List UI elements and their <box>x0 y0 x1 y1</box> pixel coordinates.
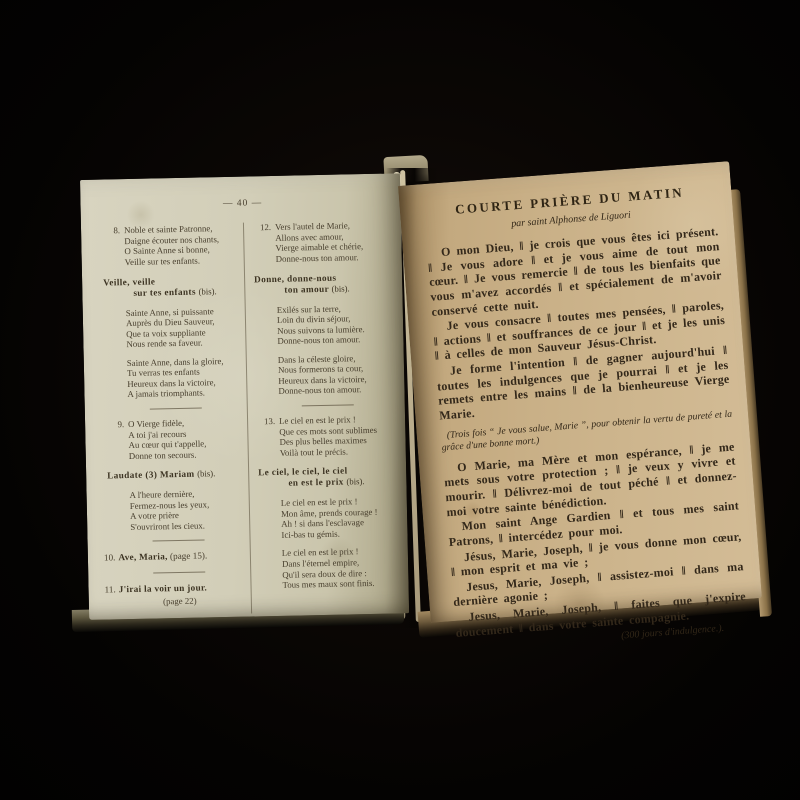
stanza: Exilés sur la terre, Loin du divin séjou… <box>258 302 394 347</box>
verse-line: A jamais triomphants. <box>127 387 242 400</box>
page-number: — 40 — <box>92 195 392 213</box>
refrain: Donne, donne-nous ton amour (bis). <box>254 271 392 296</box>
stanza-number: 12. <box>256 222 272 264</box>
verse-line: Donne ton secours. <box>129 449 207 461</box>
hymn-index-item-11: 11.J'irai la voir un jour. <box>104 582 246 596</box>
left-page: — 40 — 8. Noble et sainte Patronne, Daig… <box>80 173 409 620</box>
bis-mark: (bis). <box>331 283 349 293</box>
verse-line: Tous mes maux sont finis. <box>282 578 398 591</box>
verse-line: Donne-nous ton amour. <box>277 334 393 347</box>
bis-mark: (bis). <box>346 476 364 486</box>
verse-line: Donne-nous ton amour. <box>278 384 394 397</box>
right-column: 12. Vers l'autel de Marie, Allons avec a… <box>243 220 401 614</box>
item-number: 10. <box>104 553 116 563</box>
stanza: Sainte Anne, dans la gloire, Tu verras t… <box>108 355 243 400</box>
page-reference: (page 22) <box>113 595 247 608</box>
two-column-layout: 8. Noble et sainte Patronne, Daigne écou… <box>93 220 401 617</box>
verse-line: Nous rende sa faveur. <box>126 337 241 350</box>
bis-mark: (bis). <box>198 286 216 296</box>
stanza: Le ciel en est le prix ! Mon âme, prends… <box>262 496 398 541</box>
right-page-content: COURTE PRIÈRE DU MATIN par saint Alphons… <box>398 161 762 623</box>
verse-line: Donne-nous ton amour. <box>276 252 364 264</box>
stanza: A l'heure dernière, Fermez-nous les yeux… <box>111 488 246 533</box>
verse-line: Veille sur tes enfants. <box>125 255 220 268</box>
hymn-title: Ave, Maria, <box>118 552 168 563</box>
left-page-content: — 40 — 8. Noble et sainte Patronne, Daig… <box>80 173 409 620</box>
divider <box>153 572 205 574</box>
stanza-8: 8. Noble et sainte Patronne, Daigne écou… <box>105 223 240 268</box>
stanza-12: 12. Vers l'autel de Marie, Allons avec a… <box>256 220 392 265</box>
divider <box>153 540 205 542</box>
stanza-13: 13. Le ciel en est le prix ! Que ces mot… <box>260 413 396 458</box>
stanza: Dans la céleste gloire, Nous formerons t… <box>259 352 395 397</box>
hymn-title: J'irai la voir un jour. <box>119 583 208 595</box>
left-column: 8. Noble et sainte Patronne, Daigne écou… <box>93 223 251 617</box>
right-page: COURTE PRIÈRE DU MATIN par saint Alphons… <box>398 161 762 623</box>
page-reference: (page 15). <box>170 551 207 562</box>
refrain: Veille, veille sur tes enfants (bis). <box>103 274 240 299</box>
item-number: 11. <box>104 585 115 595</box>
verse-line: Voilà tout le précis. <box>280 445 378 458</box>
refrain-line: Laudate (3) Mariam <box>107 469 195 481</box>
stanza-9: 9. O Vierge fidèle, A toi j'ai recours A… <box>109 417 244 462</box>
verse-line: Des plus belles maximes <box>279 435 377 448</box>
stanza-number: 8. <box>105 226 121 268</box>
refrain: Laudate (3) Mariam (bis). <box>107 468 244 482</box>
stanza: Sainte Anne, si puissante Auprès du Dieu… <box>107 305 242 350</box>
bis-mark: (bis). <box>197 468 215 478</box>
divider <box>301 404 353 406</box>
stanza-number: 13. <box>260 416 276 458</box>
photo-background: — 40 — 8. Noble et sainte Patronne, Daig… <box>0 0 800 800</box>
hymn-index-item-10: 10.Ave, Maria, (page 15). <box>104 550 246 564</box>
verse-line: Ici-bas tu gémis. <box>281 527 397 540</box>
stanza: Le ciel en est le prix ! Dans l'éternel … <box>263 546 399 591</box>
stanza-number: 9. <box>109 419 125 461</box>
verse-line: S'ouvriront les cieux. <box>130 519 245 532</box>
refrain: Le ciel, le ciel, le ciel en est le prix… <box>258 465 396 490</box>
divider <box>150 408 202 410</box>
